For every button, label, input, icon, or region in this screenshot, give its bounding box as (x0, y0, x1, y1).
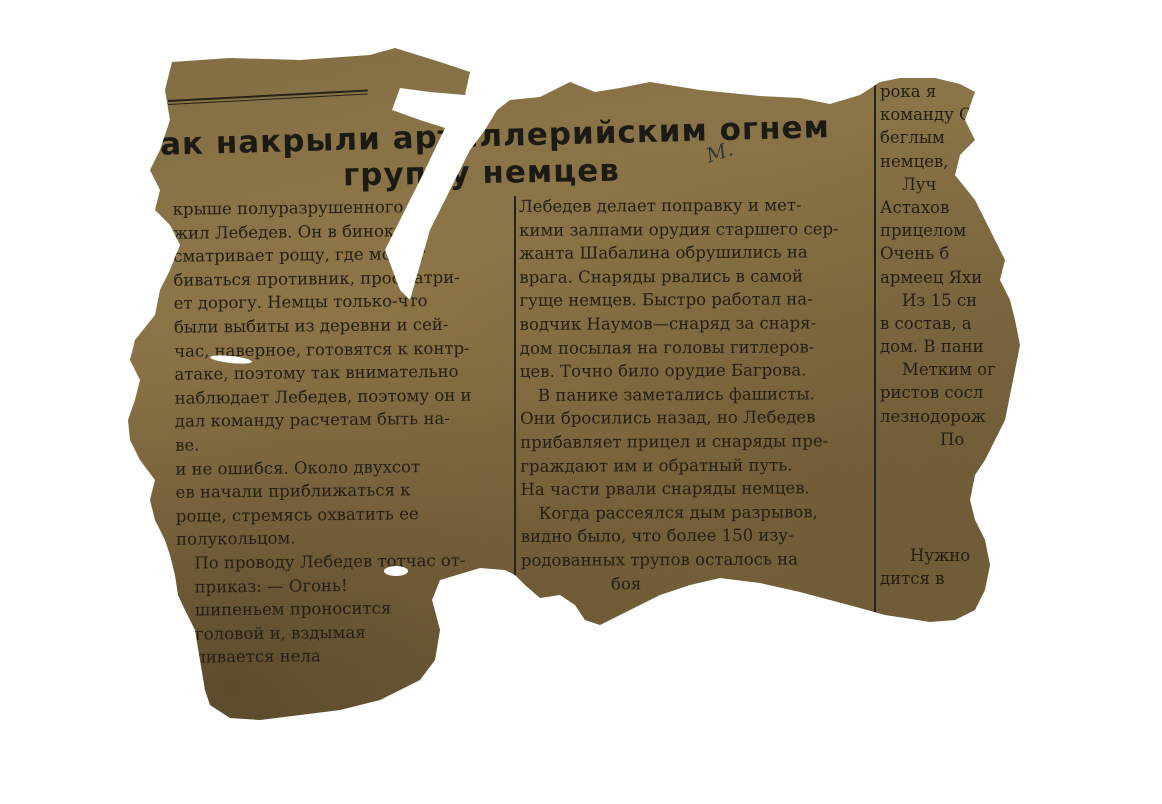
text-line: Лебедев делает поправку и мет- (519, 193, 871, 218)
text-line: кими залпами орудия старшего сер- (519, 217, 871, 242)
column-rule-1 (514, 196, 516, 596)
text-line: В панике заметались фашисты. (520, 382, 872, 407)
paper-hole (384, 566, 408, 576)
text-line: сматривает рощу, где может (173, 241, 508, 268)
text-line: наблюдает Лебедев, поэтому он и (175, 383, 510, 410)
text-line: По проводу Лебедев тотчас от- (176, 548, 511, 575)
text-line: роще, стремясь охватить ее (176, 501, 511, 528)
text-line: видно было, что более 150 изу- (521, 523, 873, 548)
text-line: Они бросились назад, но Лебедев (520, 405, 872, 430)
text-line: водчик Наумов—снаряд за снаря- (520, 311, 872, 336)
text-line: атаке, поэтому так внимательно (174, 359, 509, 386)
text-line: граждают им и обратный путь. (520, 453, 872, 478)
text-line: дал команду расчетам быть на- (175, 407, 510, 434)
text-line: биваться противник, просматри- (173, 265, 508, 292)
text-line: врага. Снаряды рвались в самой (519, 264, 871, 289)
text-line: и не ошибся. Около двухсот (175, 454, 510, 481)
text-line: ве. (175, 430, 510, 457)
text-line: цев. Точно било орудие Багрова. (520, 358, 872, 383)
text-line: ет дорогу. Немцы только-что (174, 289, 509, 316)
text-line: родованных трупов осталось на (521, 547, 873, 572)
text-line: ев начали приближаться к (176, 477, 511, 504)
text-line: ристов сосл (880, 381, 1020, 404)
text-line: Когда рассеялся дым разрывов, (521, 500, 873, 525)
text-line: лезнодорож (880, 405, 1020, 428)
text-line: полукольцом. (176, 525, 511, 552)
text-line: крыше полуразрушенного до- (173, 194, 508, 221)
text-line: жанта Шабалина обрушились на (519, 240, 871, 265)
text-line: прибавляет прицел и снаряды пре- (520, 429, 872, 454)
text-line: На части рвали снаряды немцев. (520, 476, 872, 501)
text-line: гуще немцев. Быстро работал на- (519, 287, 871, 312)
text-line: Метким ог (880, 358, 1020, 381)
column-rule-2 (874, 80, 876, 620)
text-line: Из 15 сн (880, 289, 1020, 312)
text-line: дом посылая на головы гитлеров- (520, 335, 872, 360)
article-column-2: Лебедев делает поправку и мет- кими залп… (519, 193, 873, 596)
newspaper-scan: ак накрыли артиллерийским огнем группу н… (0, 0, 1162, 804)
text-line: жил Лебедев. Он в бинокль (173, 218, 508, 245)
text-line: в состав, а (880, 312, 1020, 335)
text-line: были выбиты из деревни и сей- (174, 312, 509, 339)
headline-line-2: группу немцев (343, 153, 620, 194)
text-line: армеец Яхи (880, 266, 1020, 289)
text-line: дом. В пани (880, 335, 1020, 358)
